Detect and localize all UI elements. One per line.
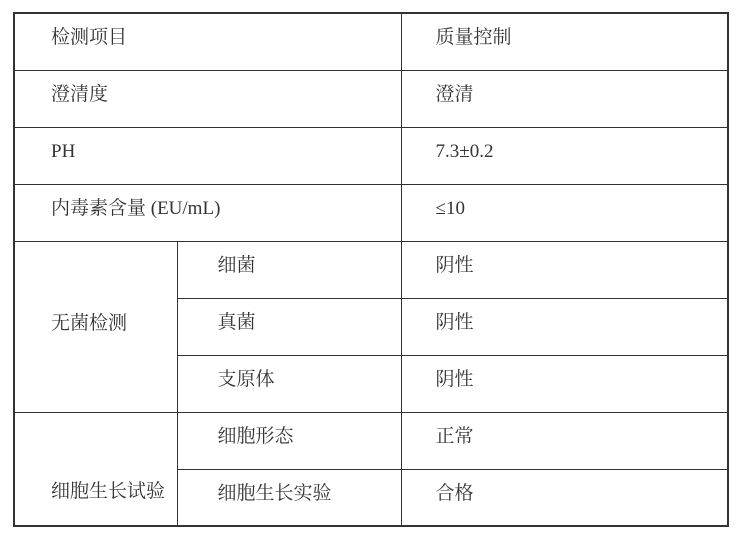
row-value-cell: ≤10 — [401, 184, 728, 241]
header-qc-cell: 质量控制 — [401, 13, 728, 70]
row-subitem-cell: 细胞形态 — [177, 412, 401, 469]
quality-control-table: 检测项目 质量控制 澄清度 澄清 PH 7.3±0.2 内毒素含量 (EU/mL… — [13, 12, 729, 527]
row-subitem-cell: 细胞生长实验 — [177, 469, 401, 526]
row-item-cell: PH — [14, 127, 401, 184]
row-subitem-cell: 支原体 — [177, 355, 401, 412]
table-row-bacteria: 无菌检测 细菌 阴性 — [14, 241, 728, 298]
row-value-cell: 7.3±0.2 — [401, 127, 728, 184]
row-subitem-cell: 真菌 — [177, 298, 401, 355]
row-value-cell: 阴性 — [401, 241, 728, 298]
row-value-cell: 澄清 — [401, 70, 728, 127]
row-value-cell: 阴性 — [401, 355, 728, 412]
row-value-cell: 正常 — [401, 412, 728, 469]
header-item-cell: 检测项目 — [14, 13, 401, 70]
table-row-endotoxin: 内毒素含量 (EU/mL) ≤10 — [14, 184, 728, 241]
document-page: 检测项目 质量控制 澄清度 澄清 PH 7.3±0.2 内毒素含量 (EU/mL… — [0, 0, 738, 538]
table-header-row: 检测项目 质量控制 — [14, 13, 728, 70]
row-value-cell: 合格 — [401, 469, 728, 526]
group-label-cell-sterility: 无菌检测 — [14, 241, 177, 412]
group-label-cell-growth: 细胞生长试验 — [14, 412, 177, 526]
table-row-clarity: 澄清度 澄清 — [14, 70, 728, 127]
row-value-cell: 阴性 — [401, 298, 728, 355]
row-item-cell: 澄清度 — [14, 70, 401, 127]
table-row-cell-morphology: 细胞生长试验 细胞形态 正常 — [14, 412, 728, 469]
row-subitem-cell: 细菌 — [177, 241, 401, 298]
table-row-ph: PH 7.3±0.2 — [14, 127, 728, 184]
row-item-cell: 内毒素含量 (EU/mL) — [14, 184, 401, 241]
